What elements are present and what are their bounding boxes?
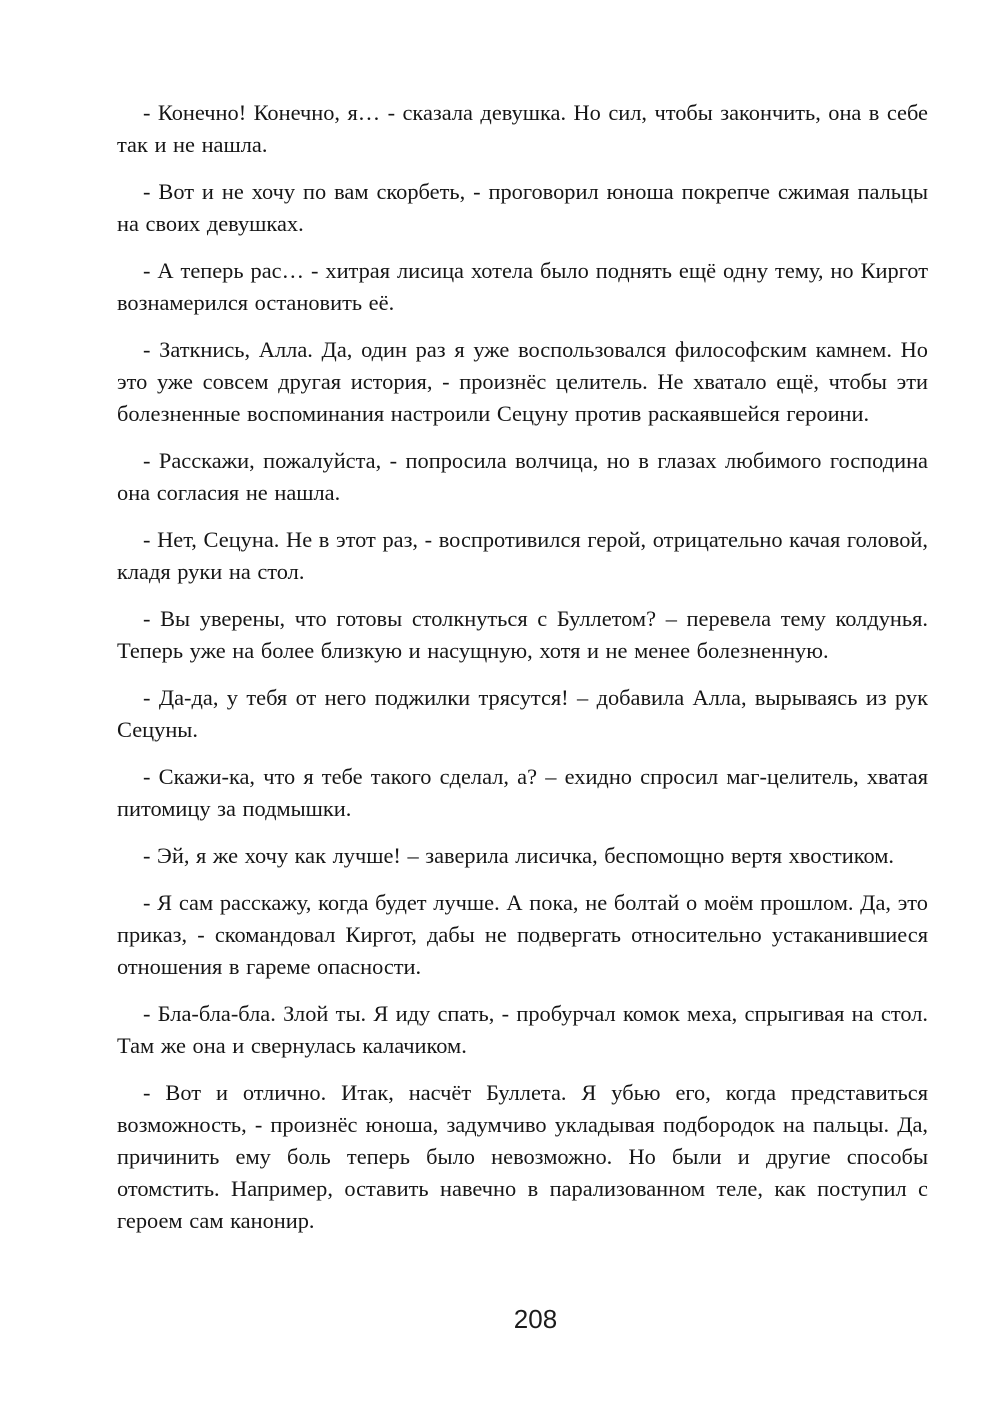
paragraph: - Вот и не хочу по вам скорбеть, - прого… [117,176,928,240]
page-number: 208 [514,1304,557,1334]
paragraph: - Заткнись, Алла. Да, один раз я уже вос… [117,334,928,430]
paragraph: - Вот и отлично. Итак, насчёт Буллета. Я… [117,1077,928,1237]
paragraph: - Я сам расскажу, когда будет лучше. А п… [117,887,928,983]
paragraph: - Бла-бла-бла. Злой ты. Я иду спать, - п… [117,998,928,1062]
paragraph: - Эй, я же хочу как лучше! – заверила ли… [117,840,928,872]
paragraph: - Расскажи, пожалуйста, - попросила волч… [117,445,928,509]
paragraph: - Нет, Сецуна. Не в этот раз, - воспроти… [117,524,928,588]
page-footer: 208 [117,1305,928,1338]
paragraph: - Скажи-ка, что я тебе такого сделал, а?… [117,761,928,825]
paragraph: - А теперь рас… - хитрая лисица хотела б… [117,255,928,319]
document-page: - Конечно! Конечно, я… - сказала девушка… [0,0,1000,1414]
paragraph: - Да-да, у тебя от него поджилки трясутс… [117,682,928,746]
paragraph: - Вы уверены, что готовы столкнуться с Б… [117,603,928,667]
text-block: - Конечно! Конечно, я… - сказала девушка… [117,97,928,1252]
paragraph: - Конечно! Конечно, я… - сказала девушка… [117,97,928,161]
